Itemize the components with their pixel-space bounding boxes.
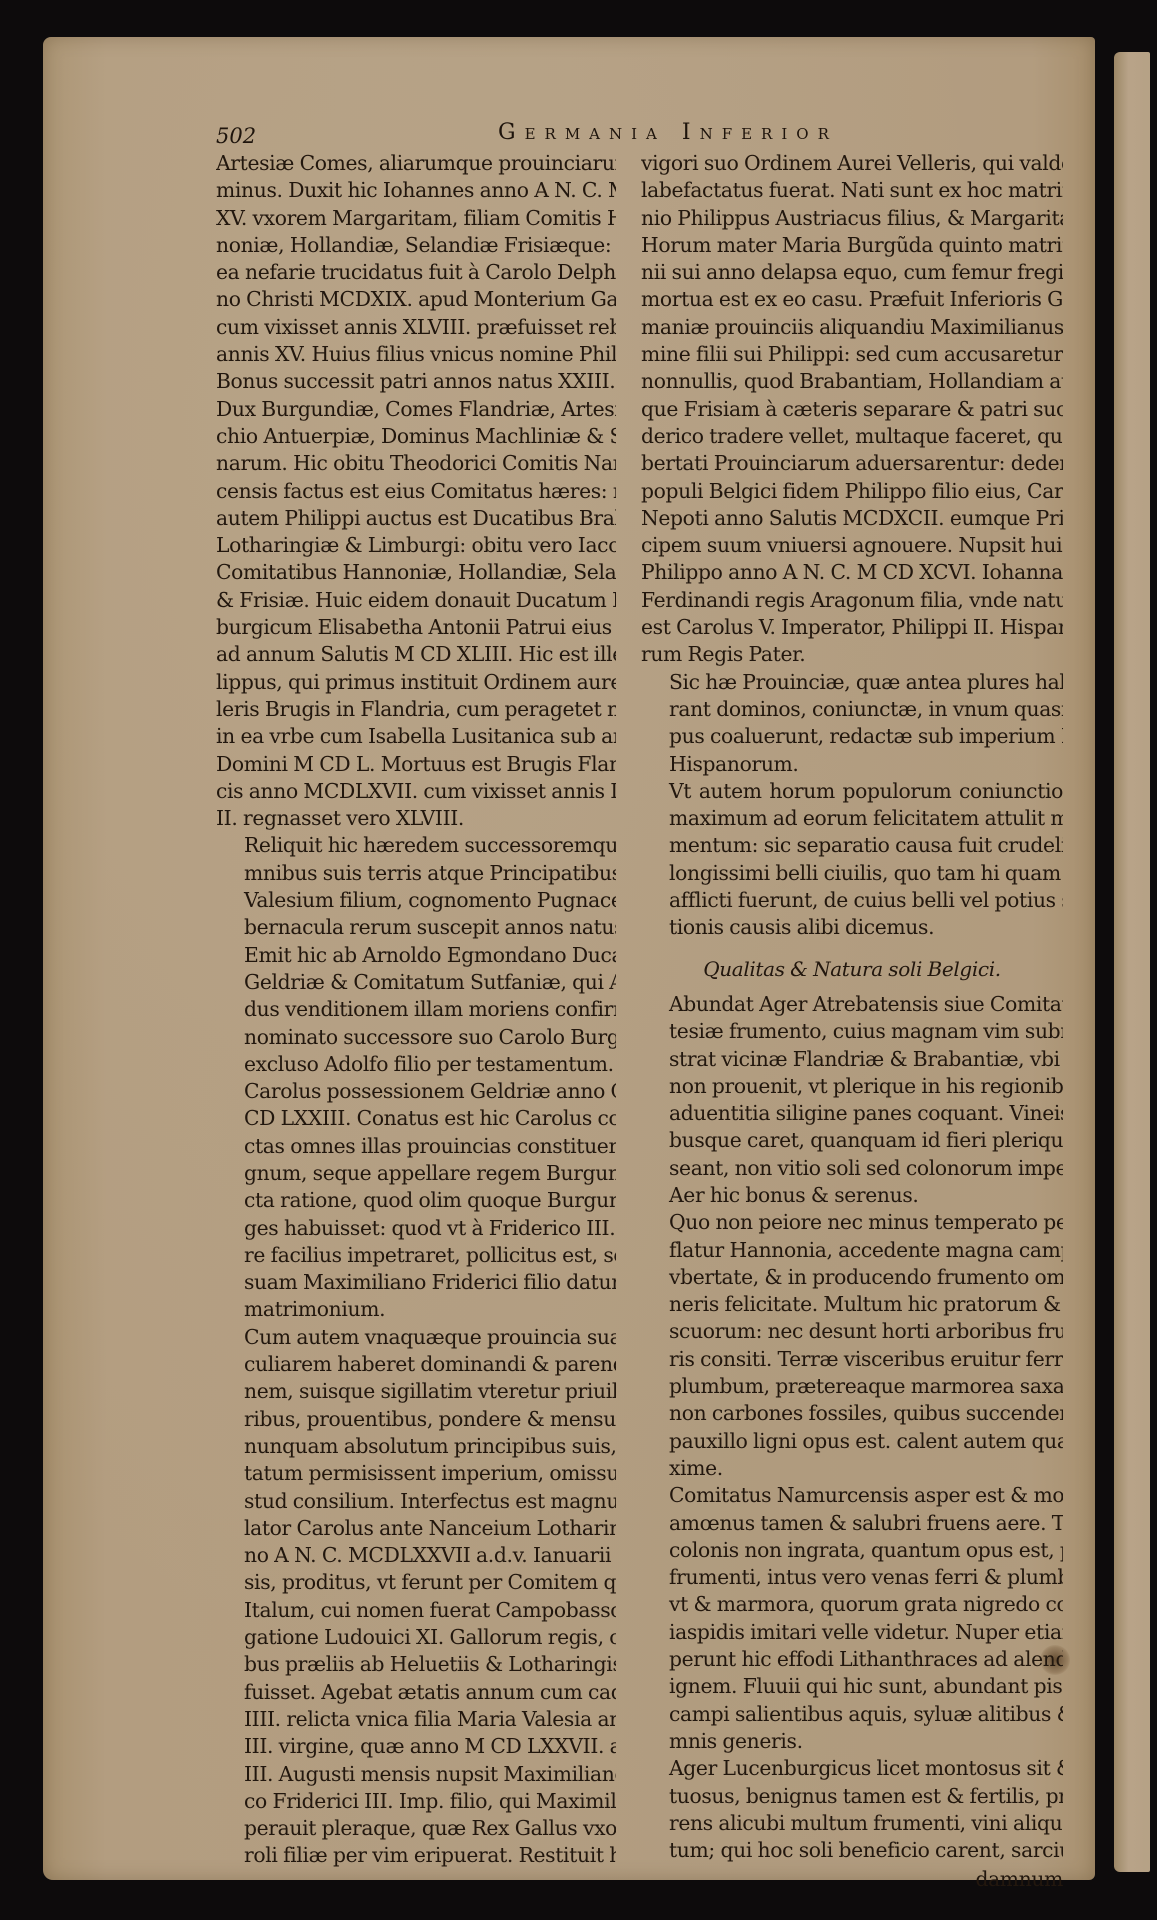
running-title: Germania Inferior xyxy=(498,120,838,145)
right-column: vigori suo Ordinem Aurei Velleris, qui v… xyxy=(641,150,1063,1894)
text-line: narum. Hic obitu Theodorici Comitis Namu… xyxy=(216,450,616,477)
text-line: perunt hic effodi Lithanthraces ad alend… xyxy=(641,1646,1063,1673)
text-line: XV. vxorem Margaritam, filiam Comitis Ha… xyxy=(216,205,616,232)
text-line: maximum ad eorum felicitatem attulit mo- xyxy=(641,805,1063,832)
text-line: tatum permisissent imperium, omissum fui… xyxy=(216,1460,616,1487)
text-line: burgicum Elisabetha Antonii Patrui eius … xyxy=(216,614,616,641)
text-line: & Frisiæ. Huic eidem donauit Ducatum Luc… xyxy=(216,587,616,614)
text-line: Nepoti anno Salutis MCDXCII. eumque Prin… xyxy=(641,505,1063,532)
text-line: mortua est ex eo casu. Præfuit Inferiori… xyxy=(641,286,1063,313)
text-line: nio Philippus Austriacus filius, & Marga… xyxy=(641,205,1063,232)
text-line: Carolus possessionem Geldriæ anno Christ… xyxy=(216,1078,616,1105)
text-line: III. virgine, quæ anno M CD LXXVII. a.d.… xyxy=(216,1733,616,1760)
text-line: Aer hic bonus & serenus. xyxy=(641,1182,1063,1209)
text-line: scuorum: nec desunt horti arboribus fruc… xyxy=(641,1318,1063,1345)
text-line: no Christi MCDXIX. apud Monterium Galliæ… xyxy=(216,286,616,313)
text-line: Artesiæ Comes, aliarumque prouinciarum d… xyxy=(216,150,616,177)
text-line: mnibus suis terris atque Principatibus C… xyxy=(216,860,616,887)
text-line: ribus, prouentibus, pondere & mensura, &… xyxy=(216,1406,616,1433)
text-line: iaspidis imitari velle videtur. Nuper et… xyxy=(641,1619,1063,1646)
paragraph: Reliquit hic hæredem successoremque in o… xyxy=(216,832,616,1323)
text-line: lippus, qui primus instituit Ordinem aur… xyxy=(216,669,616,696)
text-line: frumenti, intus vero venas ferri & plumb… xyxy=(641,1564,1063,1591)
text-line: roli filiæ per vim eripuerat. Restituit … xyxy=(216,1842,616,1869)
text-line: nominato successore suo Carolo Burgundo … xyxy=(216,1024,616,1051)
text-line: Sic hæ Prouinciæ, quæ antea plures habue… xyxy=(641,669,1063,696)
text-line: vt & marmora, quorum grata nigredo color… xyxy=(641,1591,1063,1618)
text-line: flatur Hannonia, accedente magna camporu… xyxy=(641,1237,1063,1264)
text-line: populi Belgici fidem Philippo filio eius… xyxy=(641,478,1063,505)
text-line: longissimi belli ciuilis, quo tam hi qua… xyxy=(641,860,1063,887)
text-line: rant dominos, coniunctæ, in vnum quasi c… xyxy=(641,696,1063,723)
text-line: ris consiti. Terræ visceribus eruitur fe… xyxy=(641,1346,1063,1373)
text-line: noniæ, Hollandiæ, Selandiæ Frisiæque: ip… xyxy=(216,232,616,259)
text-line: Lotharingiæ & Limburgi: obitu vero Iacob… xyxy=(216,532,616,559)
text-line: mentum: sic separatio causa fuit crudeli… xyxy=(641,832,1063,859)
text-line: pauxillo ligni opus est. calent autem qu… xyxy=(641,1428,1063,1455)
text-line: plumbum, prætereaque marmorea saxa, nec xyxy=(641,1373,1063,1400)
text-line: stud consilium. Interfectus est magnus i… xyxy=(216,1488,616,1515)
text-line: mine filii sui Philippi: sed cum accusar… xyxy=(641,341,1063,368)
text-line: Cum autem vnaquæque prouincia suam pe- xyxy=(216,1324,616,1351)
text-line: Valesium filium, cognomento Pugnacem, qu… xyxy=(216,887,616,914)
next-page-edge xyxy=(1114,52,1150,1872)
text-line: no A N. C. MCDLXXVII a.d.v. Ianuarii men… xyxy=(216,1542,616,1569)
text-line: campi salientibus aquis, syluæ alitibus … xyxy=(641,1701,1063,1728)
text-line: Horum mater Maria Burgũda quinto matrimo… xyxy=(641,232,1063,259)
paragraph: Quo non peiore nec minus temperato per-f… xyxy=(641,1209,1063,1482)
text-line: Emit hic ab Arnoldo Egmondano Ducatum xyxy=(216,942,616,969)
text-line: Comitatibus Hannoniæ, Hollandiæ, Selandi… xyxy=(216,559,616,586)
text-line: IIII. relicta vnica filia Maria Valesia … xyxy=(216,1706,616,1733)
text-line: bernacula rerum suscepit annos natus XXX… xyxy=(216,914,616,941)
text-line: bertati Prouinciarum aduersarentur: dede… xyxy=(641,450,1063,477)
text-line: perauit pleraque, quæ Rex Gallus vxori e… xyxy=(216,1815,616,1842)
text-line: Philippo anno A N. C. M CD XCVI. Iohanna xyxy=(641,559,1063,586)
text-line: mnis generis. xyxy=(641,1728,1063,1755)
text-line: in ea vrbe cum Isabella Lusitanica sub a… xyxy=(216,723,616,750)
text-line: amœnus tamen & salubri fruens aere. Terr… xyxy=(641,1510,1063,1537)
text-line: seant, non vitio soli sed colonorum impe… xyxy=(641,1155,1063,1182)
text-line: gnum, seque appellare regem Burgundiæ, a… xyxy=(216,1160,616,1187)
text-line: Comitatus Namurcensis asper est & montos… xyxy=(641,1482,1063,1509)
text-line: Domini M CD L. Mortuus est Brugis Flandr… xyxy=(216,751,616,778)
text-line: minus. Duxit hic Iohannes anno A N. C. M… xyxy=(216,177,616,204)
text-line: re facilius impetraret, pollicitus est, … xyxy=(216,1242,616,1269)
text-line: tionis causis alibi dicemus. xyxy=(641,914,1063,941)
text-line: bus præliis ab Heluetiis & Lotharingis v… xyxy=(216,1651,616,1678)
text-line: afflicti fuerunt, de cuius belli vel pot… xyxy=(641,887,1063,914)
text-line: cta ratione, quod olim quoque Burgundia … xyxy=(216,1187,616,1214)
text-line: censis factus est eius Comitatus hæres: … xyxy=(216,478,616,505)
text-line: autem Philippi auctus est Ducatibus Brab… xyxy=(216,505,616,532)
text-line: Ferdinandi regis Aragonum filia, vnde na… xyxy=(641,587,1063,614)
text-line: tum; qui hoc soli beneficio carent, sarc… xyxy=(641,1837,1063,1864)
text-line: est Carolus V. Imperator, Philippi II. H… xyxy=(641,614,1063,641)
text-line: Geldriæ & Comitatum Sutfaniæ, qui Arnol- xyxy=(216,969,616,996)
section-heading: Qualitas & Natura soli Belgici. xyxy=(641,956,1063,983)
text-line: vbertate, & in producendo frumento omnis… xyxy=(641,1264,1063,1291)
text-line: Abundat Ager Atrebatensis siue Comitatus… xyxy=(641,991,1063,1018)
text-line: CD LXXIII. Conatus est hic Carolus coniu… xyxy=(216,1105,616,1132)
text-line: nonnullis, quod Brabantiam, Hollandiam a… xyxy=(641,368,1063,395)
text-line: co Friderici III. Imp. filio, qui Maximi… xyxy=(216,1788,616,1815)
paragraph: Abundat Ager Atrebatensis siue Comitatus… xyxy=(641,991,1063,1209)
paragraph: Artesiæ Comes, aliarumque prouinciarum d… xyxy=(216,150,616,832)
text-line: cum vixisset annis XLVIII. præfuisset re… xyxy=(216,314,616,341)
text-line: Hispanorum. xyxy=(641,751,1063,778)
text-line: tuosus, benignus tamen est & fertilis, p… xyxy=(641,1783,1063,1810)
text-line: chio Antuerpiæ, Dominus Machliniæ & Sali… xyxy=(216,423,616,450)
text-line: leris Brugis in Flandria, cum peragetet … xyxy=(216,696,616,723)
text-line: ad annum Salutis M CD XLIII. Hic est ill… xyxy=(216,641,616,668)
text-line: aduentitia siligine panes coquant. Vinei… xyxy=(641,1100,1063,1127)
text-line: Ager Lucenburgicus licet montosus sit & … xyxy=(641,1755,1063,1782)
text-line: maniæ prouinciis aliquandiu Maximilianus… xyxy=(641,314,1063,341)
text-line: colonis non ingrata, quantum opus est, p… xyxy=(641,1537,1063,1564)
text-line: non carbones fossiles, quibus succendend… xyxy=(641,1400,1063,1427)
text-line: nem, suisque sigillatim vteretur priuile… xyxy=(216,1378,616,1405)
text-line: Vt autem horum populorum coniunctio xyxy=(641,778,1063,805)
left-column: Artesiæ Comes, aliarumque prouinciarum d… xyxy=(216,150,616,1870)
text-line: rum Regis Pater. xyxy=(641,641,1063,668)
paragraph: Comitatus Namurcensis asper est & montos… xyxy=(641,1482,1063,1755)
paragraph: Cum autem vnaquæque prouincia suam pe-cu… xyxy=(216,1324,616,1870)
paragraph: vigori suo Ordinem Aurei Velleris, qui v… xyxy=(641,150,1063,669)
text-line: rens alicubi multum frumenti, vini aliqu… xyxy=(641,1810,1063,1837)
text-line: vigori suo Ordinem Aurei Velleris, qui v… xyxy=(641,150,1063,177)
text-line: tesiæ frumento, cuius magnam vim submini… xyxy=(641,1018,1063,1045)
text-line: annis XV. Huius filius vnicus nomine Phi… xyxy=(216,341,616,368)
catchword: damnum xyxy=(641,1866,1063,1893)
text-line: dus venditionem illam moriens confirmaui… xyxy=(216,996,616,1023)
page-number: 502 xyxy=(216,124,256,148)
text-line: ignem. Fluuii qui hic sunt, abundant pis… xyxy=(641,1673,1063,1700)
text-line: sis, proditus, vt ferunt per Comitem que… xyxy=(216,1569,616,1596)
text-line: gatione Ludouici XI. Gallorum regis, cum… xyxy=(216,1624,616,1651)
text-line: ctas omnes illas prouincias constituere … xyxy=(216,1133,616,1160)
text-line: cis anno MCDLXVII. cum vixisset annis LX… xyxy=(216,778,616,805)
text-line: Reliquit hic hæredem successoremque in o… xyxy=(216,832,616,859)
text-line: xime. xyxy=(641,1455,1063,1482)
text-line: nii sui anno delapsa equo, cum femur fre… xyxy=(641,259,1063,286)
text-line: excluso Adolfo filio per testamentum. Ad… xyxy=(216,1051,616,1078)
text-line: busque caret, quanquam id fieri plerique… xyxy=(641,1127,1063,1154)
paragraph: Vt autem horum populorum coniunctiomaxim… xyxy=(641,778,1063,942)
text-line: cipem suum vniuersi agnouere. Nupsit hui… xyxy=(641,532,1063,559)
text-line: Italum, cui nomen fuerat Campobasso, ins… xyxy=(216,1597,616,1624)
text-line: ges habuisset: quod vt à Friderico III. … xyxy=(216,1215,616,1242)
text-line: non prouenit, vt plerique in his regioni… xyxy=(641,1073,1063,1100)
text-line: neris felicitate. Multum hic pratorum & … xyxy=(641,1291,1063,1318)
text-line: Dux Burgundiæ, Comes Flandriæ, Artesiæ, … xyxy=(216,396,616,423)
text-line: II. regnasset vero XLVIII. xyxy=(216,805,616,832)
text-line: suam Maximiliano Friderici filio daturum… xyxy=(216,1269,616,1296)
text-line: strat vicinæ Flandriæ & Brabantiæ, vbi t… xyxy=(641,1046,1063,1073)
text-line: derico tradere vellet, multaque faceret,… xyxy=(641,423,1063,450)
text-line: labefactatus fuerat. Nati sunt ex hoc ma… xyxy=(641,177,1063,204)
text-line: que Frisiam à cæteris separare & patri s… xyxy=(641,396,1063,423)
paragraph: Sic hæ Prouinciæ, quæ antea plures habue… xyxy=(641,669,1063,778)
text-line: pus coaluerunt, redactæ sub imperium Reg… xyxy=(641,723,1063,750)
text-line: matrimonium. xyxy=(216,1296,616,1323)
text-line: ea nefarie trucidatus fuit à Carolo Delp… xyxy=(216,259,616,286)
text-line: lator Carolus ante Nanceium Lotharingiæ … xyxy=(216,1515,616,1542)
paragraph: Ager Lucenburgicus licet montosus sit & … xyxy=(641,1755,1063,1864)
text-line: Bonus successit patri annos natus XXIII.… xyxy=(216,368,616,395)
text-line: fuisset. Agebat ætatis annum cum caderet… xyxy=(216,1679,616,1706)
text-line: culiarem haberet dominandi & parendi rat… xyxy=(216,1351,616,1378)
text-line: nunquam absolutum principibus suis, sed … xyxy=(216,1433,616,1460)
page-header: 502 Germania Inferior xyxy=(216,118,1060,148)
text-line: Quo non peiore nec minus temperato per- xyxy=(641,1209,1063,1236)
text-line: III. Augusti mensis nupsit Maximiliano A… xyxy=(216,1761,616,1788)
